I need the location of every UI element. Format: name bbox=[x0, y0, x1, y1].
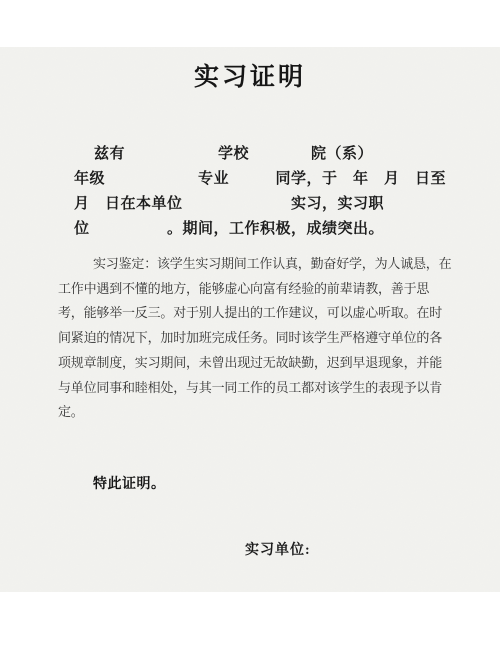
evaluation-paragraph: 实习鉴定：该学生实习期间工作认真，勤奋好学，为人诚恳，在 工作中遇到不懂的地方，… bbox=[58, 252, 451, 425]
evaluation-line: 考，能够举一反三。对于别人提出的工作建议，可以虚心听取。在时 bbox=[58, 301, 451, 326]
evaluation-line: 与单位同事和睦相处，与其一同工作的员工都对该学生的表现予以肯 bbox=[58, 376, 451, 401]
evaluation-line: 实习鉴定：该学生实习期间工作认真，勤奋好学，为人诚恳，在 bbox=[58, 252, 451, 277]
closing-statement: 特此证明。 bbox=[93, 473, 166, 493]
intro-line: 位 。期间，工作积极，成绩突出。 bbox=[74, 217, 446, 242]
evaluation-line: 定。 bbox=[58, 400, 451, 425]
intro-line: 月 日在本单位 实习，实习职 bbox=[74, 192, 446, 217]
intro-paragraph: 兹有 学校 院（系） 年级 专业 同学，于 年 月 日至 月 日在本单位 实习，… bbox=[74, 142, 446, 242]
signature-unit-label: 实习单位: bbox=[245, 539, 311, 559]
evaluation-line: 项规章制度，实习期间，未曾出现过无故缺勤，迟到早退现象，并能 bbox=[58, 351, 451, 376]
certificate-title: 实习证明 bbox=[0, 57, 500, 93]
intro-line: 兹有 学校 院（系） bbox=[74, 142, 446, 167]
certificate-page: 实习证明 兹有 学校 院（系） 年级 专业 同学，于 年 月 日至 月 日在本单… bbox=[0, 0, 500, 647]
intro-line: 年级 专业 同学，于 年 月 日至 bbox=[74, 167, 446, 192]
evaluation-line: 间紧迫的情况下，加时加班完成任务。同时该学生严格遵守单位的各 bbox=[58, 326, 451, 351]
evaluation-line: 工作中遇到不懂的地方，能够虚心向富有经验的前辈请教，善于思 bbox=[58, 277, 451, 302]
